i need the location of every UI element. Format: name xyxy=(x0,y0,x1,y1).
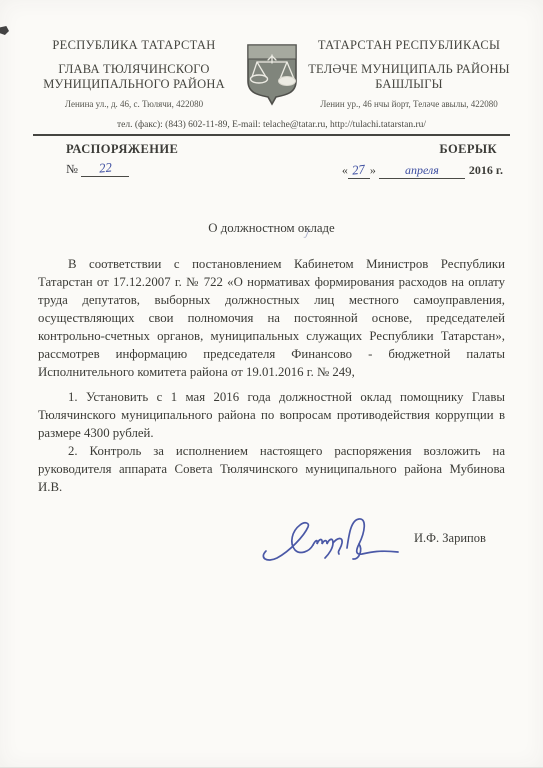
order-number-handwritten: 22 xyxy=(98,159,113,176)
signatory-name: И.Ф. Зарипов xyxy=(414,531,486,546)
republic-name-tt: ТАТАРСТАН РЕСПУБЛИКАСЫ xyxy=(303,38,515,53)
letterhead: РЕСПУБЛИКА ТАТАРСТАН ГЛАВА ТЮЛЯЧИНСКОГО … xyxy=(0,0,543,109)
number-sign: № xyxy=(66,162,78,176)
order-heading-left: РАСПОРЯЖЕНИЕ № 22 xyxy=(66,142,178,179)
org-address-ru: Ленина ул., д. 46, с. Тюлячи, 422080 xyxy=(28,99,240,109)
order-heading-right: БОЕРЫК «27» апреля2016 г. xyxy=(342,142,503,179)
order-date-line: «27» апреля2016 г. xyxy=(342,162,503,179)
org-address-tt: Ленин ур., 46 нчы йорт, Теләче авылы, 42… xyxy=(303,99,515,109)
date-month-slot: апреля xyxy=(379,163,465,179)
document-subject: О должностном окладе xyxy=(0,221,543,236)
document-body: В соответствии с постановлением Кабинето… xyxy=(0,255,543,496)
org-name-ru: ГЛАВА ТЮЛЯЧИНСКОГО МУНИЦИПАЛЬНОГО РАЙОНА xyxy=(28,62,240,92)
date-quote-close: » xyxy=(370,163,376,177)
date-day-slot: 27 xyxy=(348,162,370,179)
signature-block: И.Ф. Зарипов xyxy=(0,510,543,580)
contact-line: тел. (факс): (843) 602-11-89, E-mail: te… xyxy=(0,120,543,130)
org-name-tt: ТЕЛӘЧЕ МУНИЦИПАЛЬ РАЙОНЫ БАШЛЫГЫ xyxy=(303,62,515,92)
date-year: 2016 г. xyxy=(469,163,503,177)
order-item-1: 1. Установить с 1 мая 2016 года должност… xyxy=(38,388,505,442)
order-number-line: № 22 xyxy=(66,161,178,178)
order-heading: РАСПОРЯЖЕНИЕ № 22 БОЕРЫК «27» апреля2016… xyxy=(0,136,543,179)
scanned-document-page: РЕСПУБЛИКА ТАТАРСТАН ГЛАВА ТЮЛЯЧИНСКОГО … xyxy=(0,0,543,768)
order-type-ru: РАСПОРЯЖЕНИЕ xyxy=(66,142,178,157)
republic-name-ru: РЕСПУБЛИКА ТАТАРСТАН xyxy=(28,38,240,53)
coat-of-arms-icon xyxy=(242,38,302,107)
org-block-tatar: ТАТАРСТАН РЕСПУБЛИКАСЫ ТЕЛӘЧЕ МУНИЦИПАЛЬ… xyxy=(303,38,515,109)
order-item-2: 2. Контроль за исполнением настоящего ра… xyxy=(38,442,505,496)
order-number-slot: 22 xyxy=(81,160,129,177)
handwritten-signature-icon xyxy=(258,510,408,571)
date-day-handwritten: 27 xyxy=(352,161,367,178)
date-month-handwritten: апреля xyxy=(405,163,439,177)
preamble-paragraph: В соответствии с постановлением Кабинето… xyxy=(38,255,505,381)
org-block-russian: РЕСПУБЛИКА ТАТАРСТАН ГЛАВА ТЮЛЯЧИНСКОГО … xyxy=(28,38,240,109)
order-type-tt: БОЕРЫК xyxy=(342,142,503,157)
